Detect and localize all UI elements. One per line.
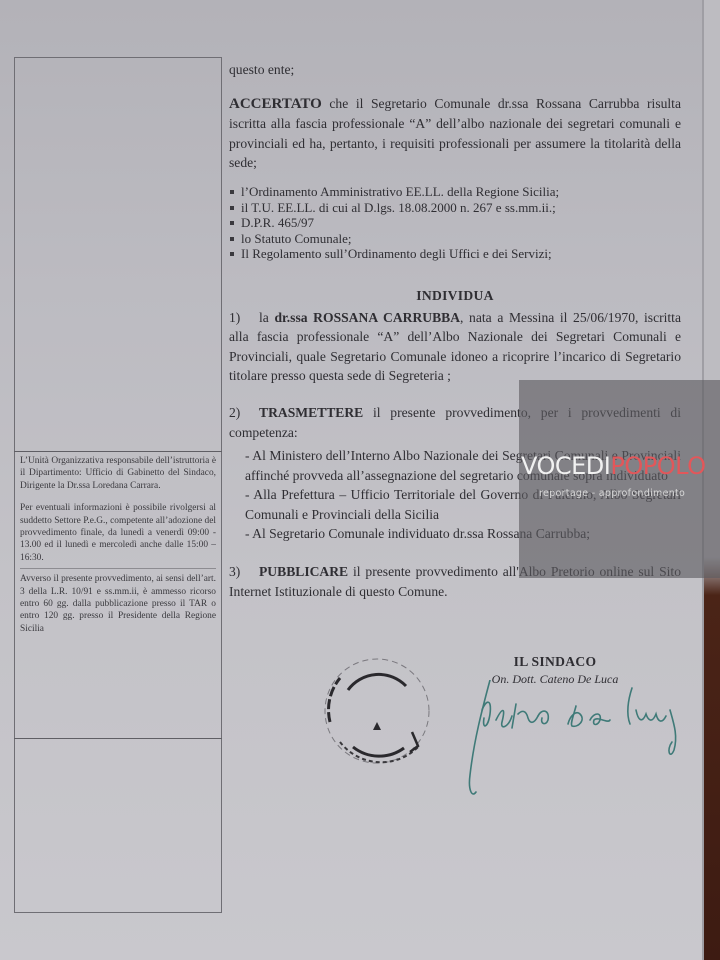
unit-info: L’Unità Organizzativa responsabile dell’… bbox=[20, 455, 216, 492]
item-2-lead: TRASMETTERE bbox=[259, 405, 363, 420]
handwritten-signature-icon bbox=[452, 680, 712, 800]
sidebar-info-panel: L’Unità Organizzativa responsabile dell’… bbox=[14, 451, 222, 739]
accertato-paragraph: ACCERTATO che il Segretario Comunale dr.… bbox=[229, 94, 681, 173]
item-number: 2) bbox=[229, 403, 259, 423]
reference-item: il T.U. EE.LL. di cui al D.lgs. 18.08.20… bbox=[229, 200, 681, 216]
reference-item: Il Regolamento sull’Ordinamento degli Uf… bbox=[229, 246, 681, 262]
signatory-title: IL SINDACO bbox=[455, 654, 655, 670]
opening-fragment: questo ente; bbox=[229, 60, 681, 80]
contact-info: Per eventuali informazioni è possibile r… bbox=[20, 502, 216, 564]
item-1: 1)la dr.ssa ROSSANA CARRUBBA, nata a Mes… bbox=[229, 308, 681, 386]
watermark-tagline: reportage - approfondimento bbox=[539, 488, 685, 499]
item-3-lead: PUBBLICARE bbox=[259, 564, 348, 579]
legal-references-list: l’Ordinamento Amministrativo EE.LL. dell… bbox=[229, 184, 681, 262]
reference-item: D.P.R. 465/97 bbox=[229, 215, 681, 231]
appeal-info: Avverso il presente provvedimento, ai se… bbox=[20, 568, 216, 635]
reference-item: l’Ordinamento Amministrativo EE.LL. dell… bbox=[229, 184, 681, 200]
appointee-name: dr.ssa ROSSANA CARRUBBA bbox=[274, 310, 460, 325]
item-number: 3) bbox=[229, 562, 259, 582]
official-seal-stamp-icon bbox=[318, 652, 436, 770]
watermark-brand-part1: VOCEDI bbox=[521, 452, 610, 480]
accertato-lead: ACCERTATO bbox=[229, 96, 322, 112]
watermark-brand: VOCEDIPOPOLO bbox=[521, 452, 706, 480]
reference-item: lo Statuto Comunale; bbox=[229, 231, 681, 247]
watermark-brand-part2: POPOLO bbox=[610, 452, 705, 480]
item-1-prefix: la bbox=[259, 310, 274, 325]
individua-heading: INDIVIDUA bbox=[229, 286, 681, 306]
item-number: 1) bbox=[229, 308, 259, 328]
